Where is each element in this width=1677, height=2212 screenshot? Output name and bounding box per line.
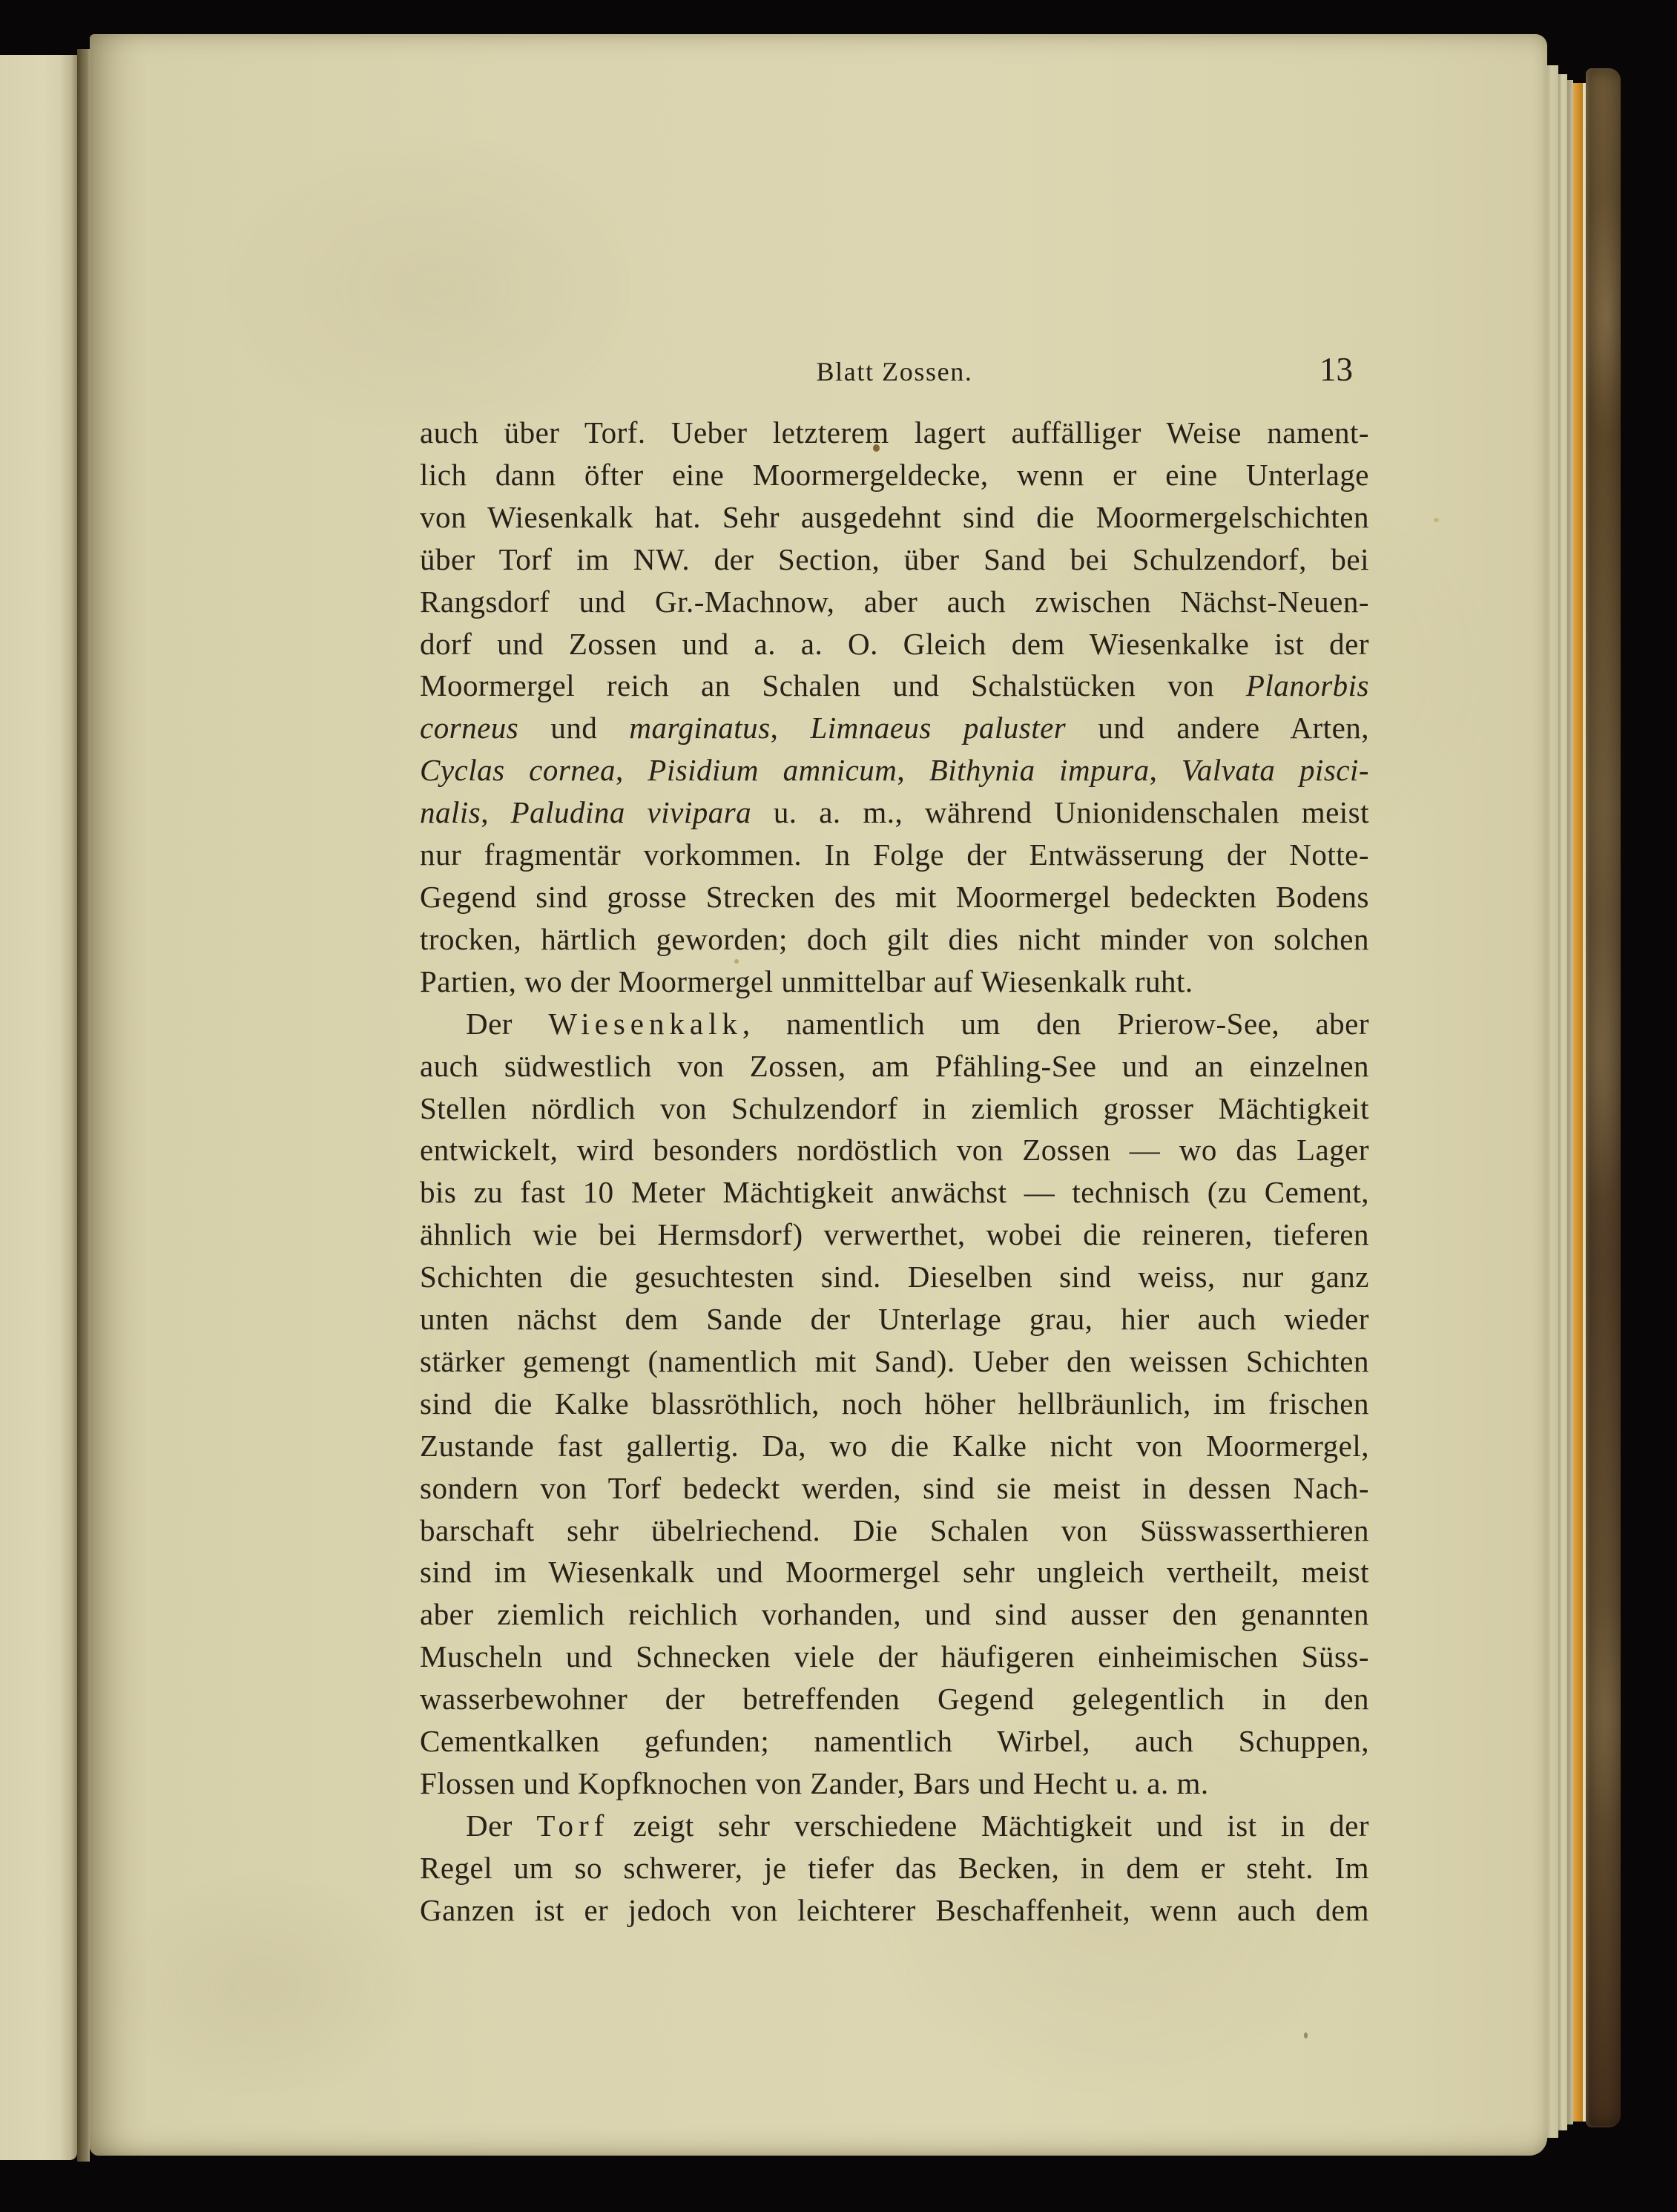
paper-speck <box>1304 2032 1308 2038</box>
book-scan-photo: Blatt Zossen. 13 auch über Torf. Ueber l… <box>0 0 1677 2212</box>
book-page: Blatt Zossen. 13 auch über Torf. Ueber l… <box>90 34 1547 2156</box>
page-header: Blatt Zossen. 13 <box>420 352 1369 391</box>
running-title: Blatt Zossen. <box>420 352 1369 391</box>
text-line: ähnlich wie bei Hermsdorf) verwerthet, w… <box>420 1214 1369 1256</box>
paper-speck <box>1434 518 1439 522</box>
text-line: sind im Wiesenkalk und Moormergel sehr u… <box>420 1551 1369 1593</box>
text-line: trocken, härtlich geworden; doch gilt di… <box>420 918 1369 961</box>
text-line: nur fragmentär vorkommen. In Folge der E… <box>420 834 1369 876</box>
text-line: Regel um so schwerer, je tiefer das Beck… <box>420 1847 1369 1889</box>
text-line: entwickelt, wird besonders nordöstlich v… <box>420 1129 1369 1171</box>
text-line: bis zu fast 10 Meter Mächtigkeit anwächs… <box>420 1171 1369 1214</box>
text-line: nalis, Paludina vivipara u. a. m., währe… <box>420 791 1369 834</box>
book-gutter-shadow <box>77 49 90 2162</box>
facing-page-edge <box>0 55 77 2160</box>
text-line: dorf und Zossen und a. a. O. Gleich dem … <box>420 623 1369 665</box>
text-line: Muscheln und Schnecken viele der häufige… <box>420 1636 1369 1678</box>
page-text-block: auch über Torf. Ueber letzterem lagert a… <box>420 412 1369 1932</box>
text-line: Stellen nördlich von Schulzendorf in zie… <box>420 1087 1369 1130</box>
page-number: 13 <box>1319 350 1353 389</box>
text-line: von Wiesenkalk hat. Sehr ausgedehnt sind… <box>420 496 1369 539</box>
text-line: Partien, wo der Moormergel unmittelbar a… <box>420 961 1369 1003</box>
text-line: Gegend sind grosse Strecken des mit Moor… <box>420 876 1369 918</box>
text-line: Rangsdorf und Gr.-Machnow, aber auch zwi… <box>420 581 1369 623</box>
text-line: Zustande fast gallertig. Da, wo die Kalk… <box>420 1425 1369 1467</box>
text-line: Ganzen ist er jedoch von leichterer Besc… <box>420 1889 1369 1932</box>
text-line: unten nächst dem Sande der Unterlage gra… <box>420 1298 1369 1340</box>
text-line: Flossen und Kopfknochen von Zander, Bars… <box>420 1762 1369 1805</box>
text-line: stärker gemengt (namentlich mit Sand). U… <box>420 1340 1369 1383</box>
text-line: über Torf im NW. der Section, über Sand … <box>420 539 1369 581</box>
text-line: Cyclas cornea, Pisidium amnicum, Bithyni… <box>420 749 1369 791</box>
page-edge-strip <box>1547 65 1558 2138</box>
page-edge-strip <box>1558 74 1567 2130</box>
text-line: aber ziemlich reichlich vorhanden, und s… <box>420 1593 1369 1636</box>
text-line: Der Torf zeigt sehr verschiedene Mächtig… <box>420 1805 1369 1847</box>
text-line: auch über Torf. Ueber letzterem lagert a… <box>420 412 1369 454</box>
text-line: wasserbewohner der betreffenden Gegend g… <box>420 1678 1369 1720</box>
text-line: Der Wiesenkalk, namentlich um den Priero… <box>420 1003 1369 1045</box>
text-line: sondern von Torf bedeckt werden, sind si… <box>420 1467 1369 1510</box>
text-line: lich dann öfter eine Moormergeldecke, we… <box>420 454 1369 496</box>
text-line: auch südwestlich von Zossen, am Pfähling… <box>420 1045 1369 1087</box>
text-line: Moormergel reich an Schalen und Schalstü… <box>420 665 1369 707</box>
text-line: sind die Kalke blassröthlich, noch höher… <box>420 1383 1369 1425</box>
text-line: Cementkalken gefunden; namentlich Wirbel… <box>420 1720 1369 1762</box>
page-edge-gilt-strip <box>1573 83 1583 2122</box>
book-cover-edge <box>1586 68 1621 2127</box>
page-edge-strip <box>1567 80 1573 2124</box>
text-line: Schichten die gesuchtesten sind. Dieselb… <box>420 1256 1369 1298</box>
text-line: corneus und marginatus, Limnaeus paluste… <box>420 707 1369 749</box>
text-line: barschaft sehr übelriechend. Die Schalen… <box>420 1510 1369 1552</box>
